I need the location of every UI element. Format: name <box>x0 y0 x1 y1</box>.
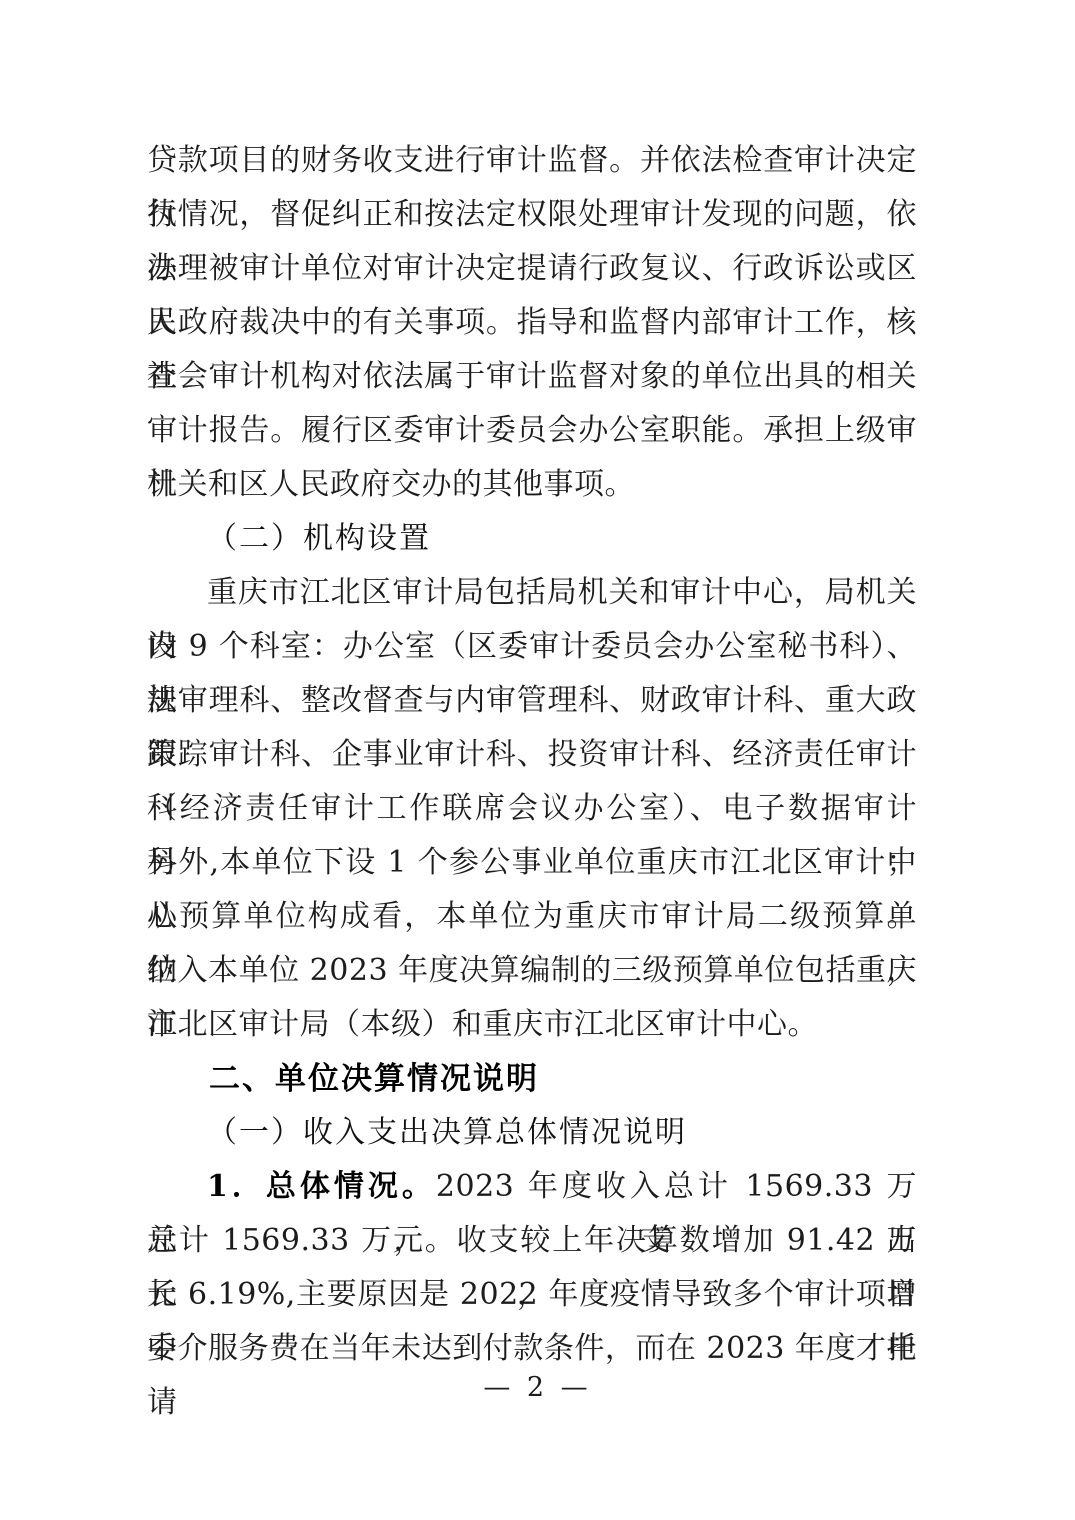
body-line: 民政府裁决中的有关事项。指导和监督内部审计工作，核查 <box>147 296 917 350</box>
body-line: （经济责任审计工作联席会议办公室）、电子数据审计科； <box>147 782 917 836</box>
bold-run-overall-situation: 1．总体情况。 <box>207 1169 436 1204</box>
body-line: 长 6.19%,主要原因是 2022 年度疫情导致多个审计项目委托 <box>147 1268 917 1322</box>
body-line: 办理被审计单位对审计决定提请行政复议、行政诉讼或区人 <box>147 242 917 296</box>
heading-settlement-overview: 二、单位决算情况说明 <box>147 1052 917 1106</box>
body-line-paragraph-start: 1．总体情况。2023 年度收入总计 1569.33 万元，支出 <box>147 1160 917 1214</box>
body-line: 审计报告。履行区委审计委员会办公室职能。承担上级审计 <box>147 404 917 458</box>
body-line: 规审理科、整改督查与内审管理科、财政审计科、重大政策 <box>147 674 917 728</box>
body-line: 总计 1569.33 万元。收支较上年决算数增加 91.42 万元，增 <box>147 1214 917 1268</box>
body-line: 纳入本单位 2023 年度决算编制的三级预算单位包括重庆市 <box>147 944 917 998</box>
body-line: 跟踪审计科、企事业审计科、投资审计科、经济责任审计科 <box>147 728 917 782</box>
body-line-paragraph-end: 江北区审计局（本级）和重庆市江北区审计中心。 <box>147 998 917 1052</box>
body-line-paragraph-end: 机关和区人民政府交办的其他事项。 <box>147 458 917 512</box>
body-line: 贷款项目的财务收支进行审计监督。并依法检查审计决定执 <box>147 134 917 188</box>
body-line-paragraph-start: 重庆市江北区审计局包括局机关和审计中心，局机关内 <box>147 566 917 620</box>
heading-org-structure: （二）机构设置 <box>147 512 917 566</box>
body-line: 社会审计机构对依法属于审计监督对象的单位出具的相关 <box>147 350 917 404</box>
heading-income-expense: （一）收入支出决算总体情况说明 <box>147 1106 917 1160</box>
document-body: 贷款项目的财务收支进行审计监督。并依法检查审计决定执 行情况，督促纠正和按法定权… <box>147 134 917 1376</box>
document-page: 贷款项目的财务收支进行审计监督。并依法检查审计决定执 行情况，督促纠正和按法定权… <box>0 0 1075 1520</box>
body-line: 设 9 个科室：办公室（区委审计委员会办公室秘书科）、法 <box>147 620 917 674</box>
body-line: 从预算单位构成看，本单位为重庆市审计局二级预算单位， <box>147 890 917 944</box>
body-line: 行情况，督促纠正和按法定权限处理审计发现的问题，依法 <box>147 188 917 242</box>
page-number: — 2 — <box>0 1368 1075 1408</box>
body-line: 另外,本单位下设 1 个参公事业单位重庆市江北区审计中心。 <box>147 836 917 890</box>
